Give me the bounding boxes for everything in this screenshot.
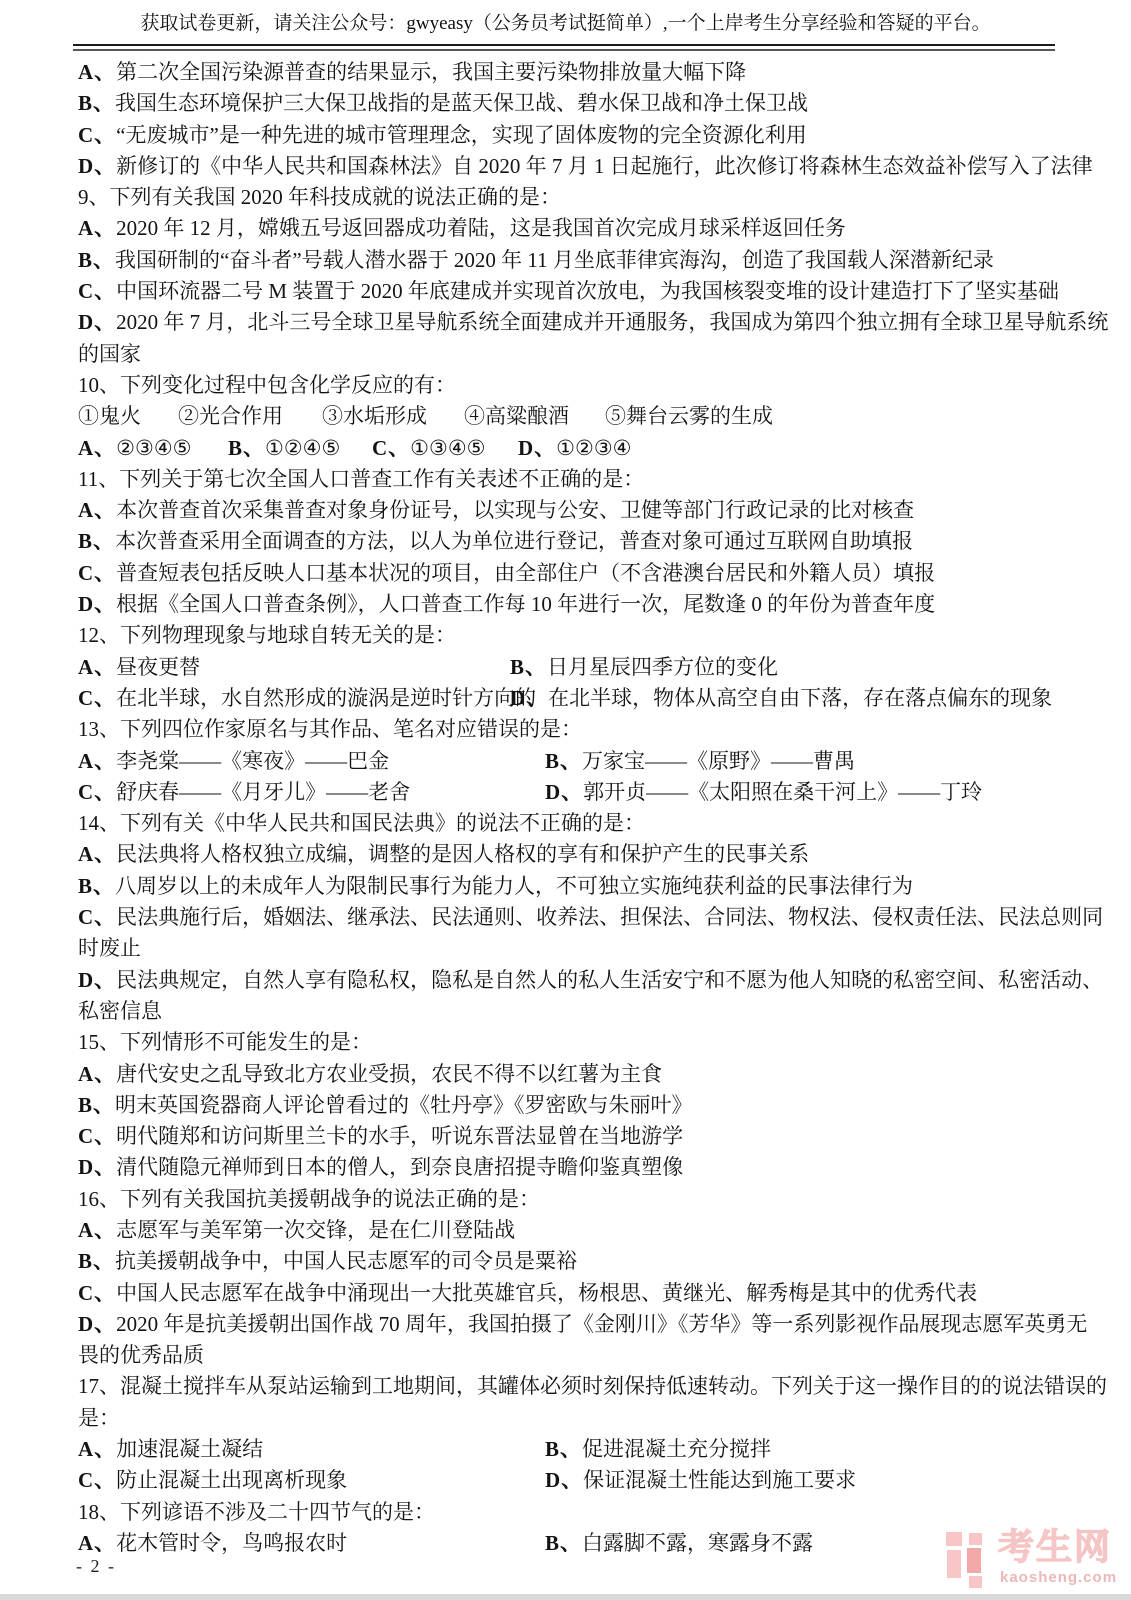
text-segment: C、明代随郑和访问斯里兰卡的水手，听说东晋法显曾在当地游学: [78, 1124, 683, 1148]
option-letter: A、: [78, 1062, 116, 1086]
option-letter: D、: [78, 1312, 116, 1336]
text-segment: ②光合作用: [178, 401, 283, 432]
text-segment: B、八周岁以上的未成年人为限制民事行为能力人，不可独立实施纯获利益的民事法律行为: [78, 874, 913, 898]
option-letter: C、: [78, 905, 116, 929]
text-line: C、中国人民志愿军在战争中涌现出一大批英雄官兵，杨根思、黄继光、解秀梅是其中的优…: [78, 1278, 1128, 1309]
text-segment: 私密信息: [78, 999, 162, 1023]
option-letter: B、: [510, 655, 547, 679]
text-line: B、我国研制的“奋斗者”号载人潜水器于 2020 年 11 月坐底菲律宾海沟，创…: [78, 245, 1128, 276]
text-segment: A、本次普查首次采集普查对象身份证号，以实现与公安、卫健等部门行政记录的比对核查: [78, 498, 914, 522]
option-letter: D、: [545, 780, 583, 804]
text-segment: B、促进混凝土充分搅拌: [545, 1434, 771, 1465]
text-line: D、清代随隐元禅师到日本的僧人，到奈良唐招提寺瞻仰鉴真塑像: [78, 1152, 1128, 1183]
text-line: D、2020 年是抗美援朝出国作战 70 周年，我国拍摄了《金刚川》《芳华》等一…: [78, 1309, 1128, 1340]
text-line: C、防止混凝土出现离析现象D、保证混凝土性能达到施工要求: [78, 1465, 1128, 1496]
text-line: B、八周岁以上的未成年人为限制民事行为能力人，不可独立实施纯获利益的民事法律行为: [78, 871, 1128, 902]
text-segment: B、日月星辰四季方位的变化: [510, 652, 778, 683]
option-letter: D、: [78, 154, 116, 178]
text-segment: B、我国生态环境保护三大保卫战指的是蓝天保卫战、碧水保卫战和净土保卫战: [78, 91, 808, 115]
option-letter: B、: [545, 1531, 582, 1555]
text-line: A、本次普查首次采集普查对象身份证号，以实现与公安、卫健等部门行政记录的比对核查: [78, 495, 1128, 526]
option-letter: C、: [78, 279, 116, 303]
text-segment: 13、下列四位作家原名与其作品、笔名对应错误的是：: [78, 717, 582, 741]
text-segment: C、在北半球，水自然形成的漩涡是逆时针方向的: [78, 686, 536, 710]
text-line: 13、下列四位作家原名与其作品、笔名对应错误的是：: [78, 714, 1128, 745]
text-line: 15、下列情形不可能发生的是：: [78, 1027, 1128, 1058]
text-segment: C、①③④⑤: [372, 433, 485, 464]
text-segment: 11、下列关于第七次全国人口普查工作有关表述不正确的是：: [78, 467, 644, 491]
text-line: A、昼夜更替B、日月星辰四季方位的变化: [78, 652, 1128, 683]
text-segment: A、花木管时令，鸟鸣报农时: [78, 1531, 347, 1555]
text-segment: B、抗美援朝战争中，中国人民志愿军的司令员是粟裕: [78, 1249, 577, 1273]
text-line: 10、下列变化过程中包含化学反应的有：: [78, 370, 1128, 401]
option-letter: B、: [228, 436, 265, 460]
text-segment: D、2020 年 7 月，北斗三号全球卫星导航系统全面建成并开通服务，我国成为第…: [78, 310, 1108, 334]
option-letter: C、: [78, 1281, 116, 1305]
option-letter: D、: [78, 968, 116, 992]
text-segment: A、志愿军与美军第一次交锋，是在仁川登陆战: [78, 1218, 515, 1242]
text-segment: D、民法典规定，自然人享有隐私权，隐私是自然人的私人生活安宁和不愿为他人知晓的私…: [78, 968, 1103, 992]
option-letter: D、: [78, 592, 116, 616]
option-letter: D、: [78, 310, 116, 334]
text-line: 畏的优秀品质: [78, 1340, 1128, 1371]
header-notice: 获取试卷更新，请关注公众号：gwyeasy（公务员考试挺简单）,一个上岸考生分享…: [0, 12, 1131, 36]
text-segment: B、本次普查采用全面调查的方法，以人为单位进行登记，普查对象可通过互联网自助填报: [78, 529, 913, 553]
text-segment: 17、混凝土搅拌车从泵站运输到工地期间，其罐体必须时刻保持低速转动。下列关于这一…: [78, 1374, 1107, 1398]
scan-edge: [0, 1594, 1131, 1600]
text-line: B、明末英国瓷器商人评论曾看过的《牡丹亭》《罗密欧与朱丽叶》: [78, 1090, 1128, 1121]
text-segment: 18、下列谚语不涉及二十四节气的是：: [78, 1500, 435, 1524]
text-segment: B、万家宝——《原野》——曹禺: [545, 746, 855, 777]
text-line: A、第二次全国污染源普查的结果显示，我国主要污染物排放量大幅下降: [78, 57, 1128, 88]
text-segment: 是：: [78, 1406, 120, 1430]
text-line: 12、下列物理现象与地球自转无关的是：: [78, 620, 1128, 651]
option-letter: C、: [78, 561, 116, 585]
option-letter: A、: [78, 1437, 116, 1461]
text-line: C、中国环流器二号 M 装置于 2020 年底建成并实现首次放电，为我国核裂变堆…: [78, 276, 1128, 307]
option-letter: B、: [78, 1093, 115, 1117]
text-segment: B、白露脚不露，寒露身不露: [545, 1528, 813, 1559]
text-line: C、舒庆春——《月牙儿》——老舍D、郭开贞——《太阳照在桑干河上》——丁玲: [78, 777, 1128, 808]
text-segment: C、中国人民志愿军在战争中涌现出一大批英雄官兵，杨根思、黄继光、解秀梅是其中的优…: [78, 1281, 977, 1305]
header-divider: [73, 44, 1055, 51]
option-letter: B、: [78, 91, 115, 115]
text-line: A、李尧棠——《寒夜》——巴金B、万家宝——《原野》——曹禺: [78, 746, 1128, 777]
text-segment: 的国家: [78, 342, 141, 366]
text-line: B、抗美援朝战争中，中国人民志愿军的司令员是粟裕: [78, 1246, 1128, 1277]
option-letter: C、: [372, 436, 410, 460]
option-letter: A、: [78, 1531, 116, 1555]
text-line: 9、下列有关我国 2020 年科技成就的说法正确的是：: [78, 182, 1128, 213]
text-line: 14、下列有关《中华人民共和国民法典》的说法不正确的是：: [78, 808, 1128, 839]
text-segment: 16、下列有关我国抗美援朝战争的说法正确的是：: [78, 1187, 540, 1211]
option-letter: C、: [78, 780, 116, 804]
text-segment: C、防止混凝土出现离析现象: [78, 1468, 347, 1492]
text-segment: A、唐代安史之乱导致北方农业受损，农民不得不以红薯为主食: [78, 1062, 662, 1086]
text-line: 11、下列关于第七次全国人口普查工作有关表述不正确的是：: [78, 464, 1128, 495]
text-segment: 9、下列有关我国 2020 年科技成就的说法正确的是：: [78, 185, 561, 209]
option-letter: B、: [78, 529, 115, 553]
text-segment: B、我国研制的“奋斗者”号载人潜水器于 2020 年 11 月坐底菲律宾海沟，创…: [78, 248, 994, 272]
question-lines: A、第二次全国污染源普查的结果显示，我国主要污染物排放量大幅下降B、我国生态环境…: [78, 57, 1128, 1559]
text-line: B、我国生态环境保护三大保卫战指的是蓝天保卫战、碧水保卫战和净土保卫战: [78, 88, 1128, 119]
watermark: 考生网 kaosheng.com: [946, 1528, 1131, 1594]
option-letter: A、: [78, 1218, 116, 1242]
text-line: D、根据《全国人口普查条例》，人口普查工作每 10 年进行一次，尾数逢 0 的年…: [78, 589, 1128, 620]
text-line: C、“无废城市”是一种先进的城市管理理念，实现了固体废物的完全资源化利用: [78, 120, 1128, 151]
option-letter: B、: [78, 874, 115, 898]
text-line: 17、混凝土搅拌车从泵站运输到工地期间，其罐体必须时刻保持低速转动。下列关于这一…: [78, 1371, 1128, 1402]
option-letter: A、: [78, 498, 116, 522]
watermark-site-name: 考生网: [998, 1528, 1112, 1566]
text-segment: D、保证混凝土性能达到施工要求: [545, 1465, 856, 1496]
text-line: C、民法典施行后，婚姻法、继承法、民法通则、收养法、担保法、合同法、物权法、侵权…: [78, 902, 1128, 933]
text-segment: A、民法典将人格权独立成编，调整的是因人格权的享有和保护产生的民事关系: [78, 842, 809, 866]
text-segment: 12、下列物理现象与地球自转无关的是：: [78, 623, 456, 647]
option-letter: D、: [78, 1155, 116, 1179]
text-segment: A、李尧棠——《寒夜》——巴金: [78, 749, 389, 773]
text-segment: A、第二次全国污染源普查的结果显示，我国主要污染物排放量大幅下降: [78, 60, 746, 84]
text-segment: ⑤舞台云雾的生成: [605, 401, 773, 432]
option-letter: A、: [78, 60, 116, 84]
text-line: A、2020 年 12 月，嫦娥五号返回器成功着陆，这是我国首次完成月球采样返回…: [78, 213, 1128, 244]
text-segment: A、加速混凝土凝结: [78, 1437, 263, 1461]
option-letter: D、: [510, 686, 548, 710]
text-segment: D、在北半球，物体从高空自由下落，存在落点偏东的现象: [510, 683, 1052, 714]
text-line: 18、下列谚语不涉及二十四节气的是：: [78, 1497, 1128, 1528]
text-segment: A、2020 年 12 月，嫦娥五号返回器成功着陆，这是我国首次完成月球采样返回…: [78, 216, 846, 240]
text-line: C、在北半球，水自然形成的漩涡是逆时针方向的D、在北半球，物体从高空自由下落，存…: [78, 683, 1128, 714]
text-segment: A、②③④⑤: [78, 436, 191, 460]
option-letter: A、: [78, 749, 116, 773]
option-letter: D、: [545, 1468, 583, 1492]
option-letter: A、: [78, 655, 116, 679]
exam-page: 获取试卷更新，请关注公众号：gwyeasy（公务员考试挺简单）,一个上岸考生分享…: [0, 0, 1131, 1600]
option-letter: B、: [78, 1249, 115, 1273]
text-line: B、本次普查采用全面调查的方法，以人为单位进行登记，普查对象可通过互联网自助填报: [78, 526, 1128, 557]
text-segment: C、普查短表包括反映人口基本状况的项目，由全部住户（不含港澳台居民和外籍人员）填…: [78, 561, 935, 585]
option-letter: B、: [545, 1437, 582, 1461]
text-line: 是：: [78, 1403, 1128, 1434]
text-segment: D、清代随隐元禅师到日本的僧人，到奈良唐招提寺瞻仰鉴真塑像: [78, 1155, 683, 1179]
text-line: 的国家: [78, 339, 1128, 370]
text-line: 时废止: [78, 933, 1128, 964]
option-letter: A、: [78, 842, 116, 866]
text-line: A、唐代安史之乱导致北方农业受损，农民不得不以红薯为主食: [78, 1059, 1128, 1090]
text-line: A、加速混凝土凝结B、促进混凝土充分搅拌: [78, 1434, 1128, 1465]
text-segment: B、明末英国瓷器商人评论曾看过的《牡丹亭》《罗密欧与朱丽叶》: [78, 1093, 693, 1117]
page-number: - 2 -: [76, 1556, 116, 1577]
text-line: C、普查短表包括反映人口基本状况的项目，由全部住户（不含港澳台居民和外籍人员）填…: [78, 558, 1128, 589]
text-segment: ③水垢形成: [322, 401, 427, 432]
text-segment: ①鬼火: [78, 404, 141, 428]
text-line: 私密信息: [78, 996, 1128, 1027]
text-line: A、②③④⑤B、①②④⑤C、①③④⑤D、①②③④: [78, 433, 1128, 464]
text-segment: D、2020 年是抗美援朝出国作战 70 周年，我国拍摄了《金刚川》《芳华》等一…: [78, 1312, 1087, 1336]
option-letter: C、: [78, 1468, 116, 1492]
text-segment: D、郭开贞——《太阳照在桑干河上》——丁玲: [545, 777, 982, 808]
option-letter: B、: [545, 749, 582, 773]
text-line: C、明代随郑和访问斯里兰卡的水手，听说东晋法显曾在当地游学: [78, 1121, 1128, 1152]
option-letter: C、: [78, 1124, 116, 1148]
text-segment: C、民法典施行后，婚姻法、继承法、民法通则、收养法、担保法、合同法、物权法、侵权…: [78, 905, 1103, 929]
text-line: 16、下列有关我国抗美援朝战争的说法正确的是：: [78, 1184, 1128, 1215]
option-letter: A、: [78, 436, 116, 460]
text-line: ①鬼火②光合作用③水垢形成④高粱酿酒⑤舞台云雾的生成: [78, 401, 1128, 432]
text-segment: 时废止: [78, 936, 141, 960]
option-letter: C、: [78, 686, 116, 710]
option-letter: B、: [78, 248, 115, 272]
text-segment: D、根据《全国人口普查条例》，人口普查工作每 10 年进行一次，尾数逢 0 的年…: [78, 592, 935, 616]
option-letter: A、: [78, 216, 116, 240]
text-segment: 15、下列情形不可能发生的是：: [78, 1030, 372, 1054]
text-line: D、2020 年 7 月，北斗三号全球卫星导航系统全面建成并开通服务，我国成为第…: [78, 307, 1128, 338]
text-segment: D、①②③④: [518, 433, 631, 464]
watermark-site-url: kaosheng.com: [1000, 1569, 1117, 1586]
kaosheng-logo-icon: [946, 1532, 984, 1588]
text-segment: C、“无废城市”是一种先进的城市管理理念，实现了固体废物的完全资源化利用: [78, 123, 807, 147]
text-segment: A、昼夜更替: [78, 655, 200, 679]
text-line: D、新修订的《中华人民共和国森林法》自 2020 年 7 月 1 日起施行，此次…: [78, 151, 1128, 182]
text-line: A、民法典将人格权独立成编，调整的是因人格权的享有和保护产生的民事关系: [78, 839, 1128, 870]
text-line: A、志愿军与美军第一次交锋，是在仁川登陆战: [78, 1215, 1128, 1246]
text-segment: ④高粱酿酒: [464, 401, 569, 432]
text-segment: C、中国环流器二号 M 装置于 2020 年底建成并实现首次放电，为我国核裂变堆…: [78, 279, 1059, 303]
option-letter: D、: [518, 436, 556, 460]
text-segment: 14、下列有关《中华人民共和国民法典》的说法不正确的是：: [78, 811, 645, 835]
text-line: D、民法典规定，自然人享有隐私权，隐私是自然人的私人生活安宁和不愿为他人知晓的私…: [78, 965, 1128, 996]
text-segment: C、舒庆春——《月牙儿》——老舍: [78, 780, 410, 804]
text-segment: B、①②④⑤: [228, 433, 340, 464]
text-segment: 畏的优秀品质: [78, 1343, 204, 1367]
text-segment: 10、下列变化过程中包含化学反应的有：: [78, 373, 456, 397]
text-segment: D、新修订的《中华人民共和国森林法》自 2020 年 7 月 1 日起施行，此次…: [78, 154, 1093, 178]
option-letter: C、: [78, 123, 116, 147]
